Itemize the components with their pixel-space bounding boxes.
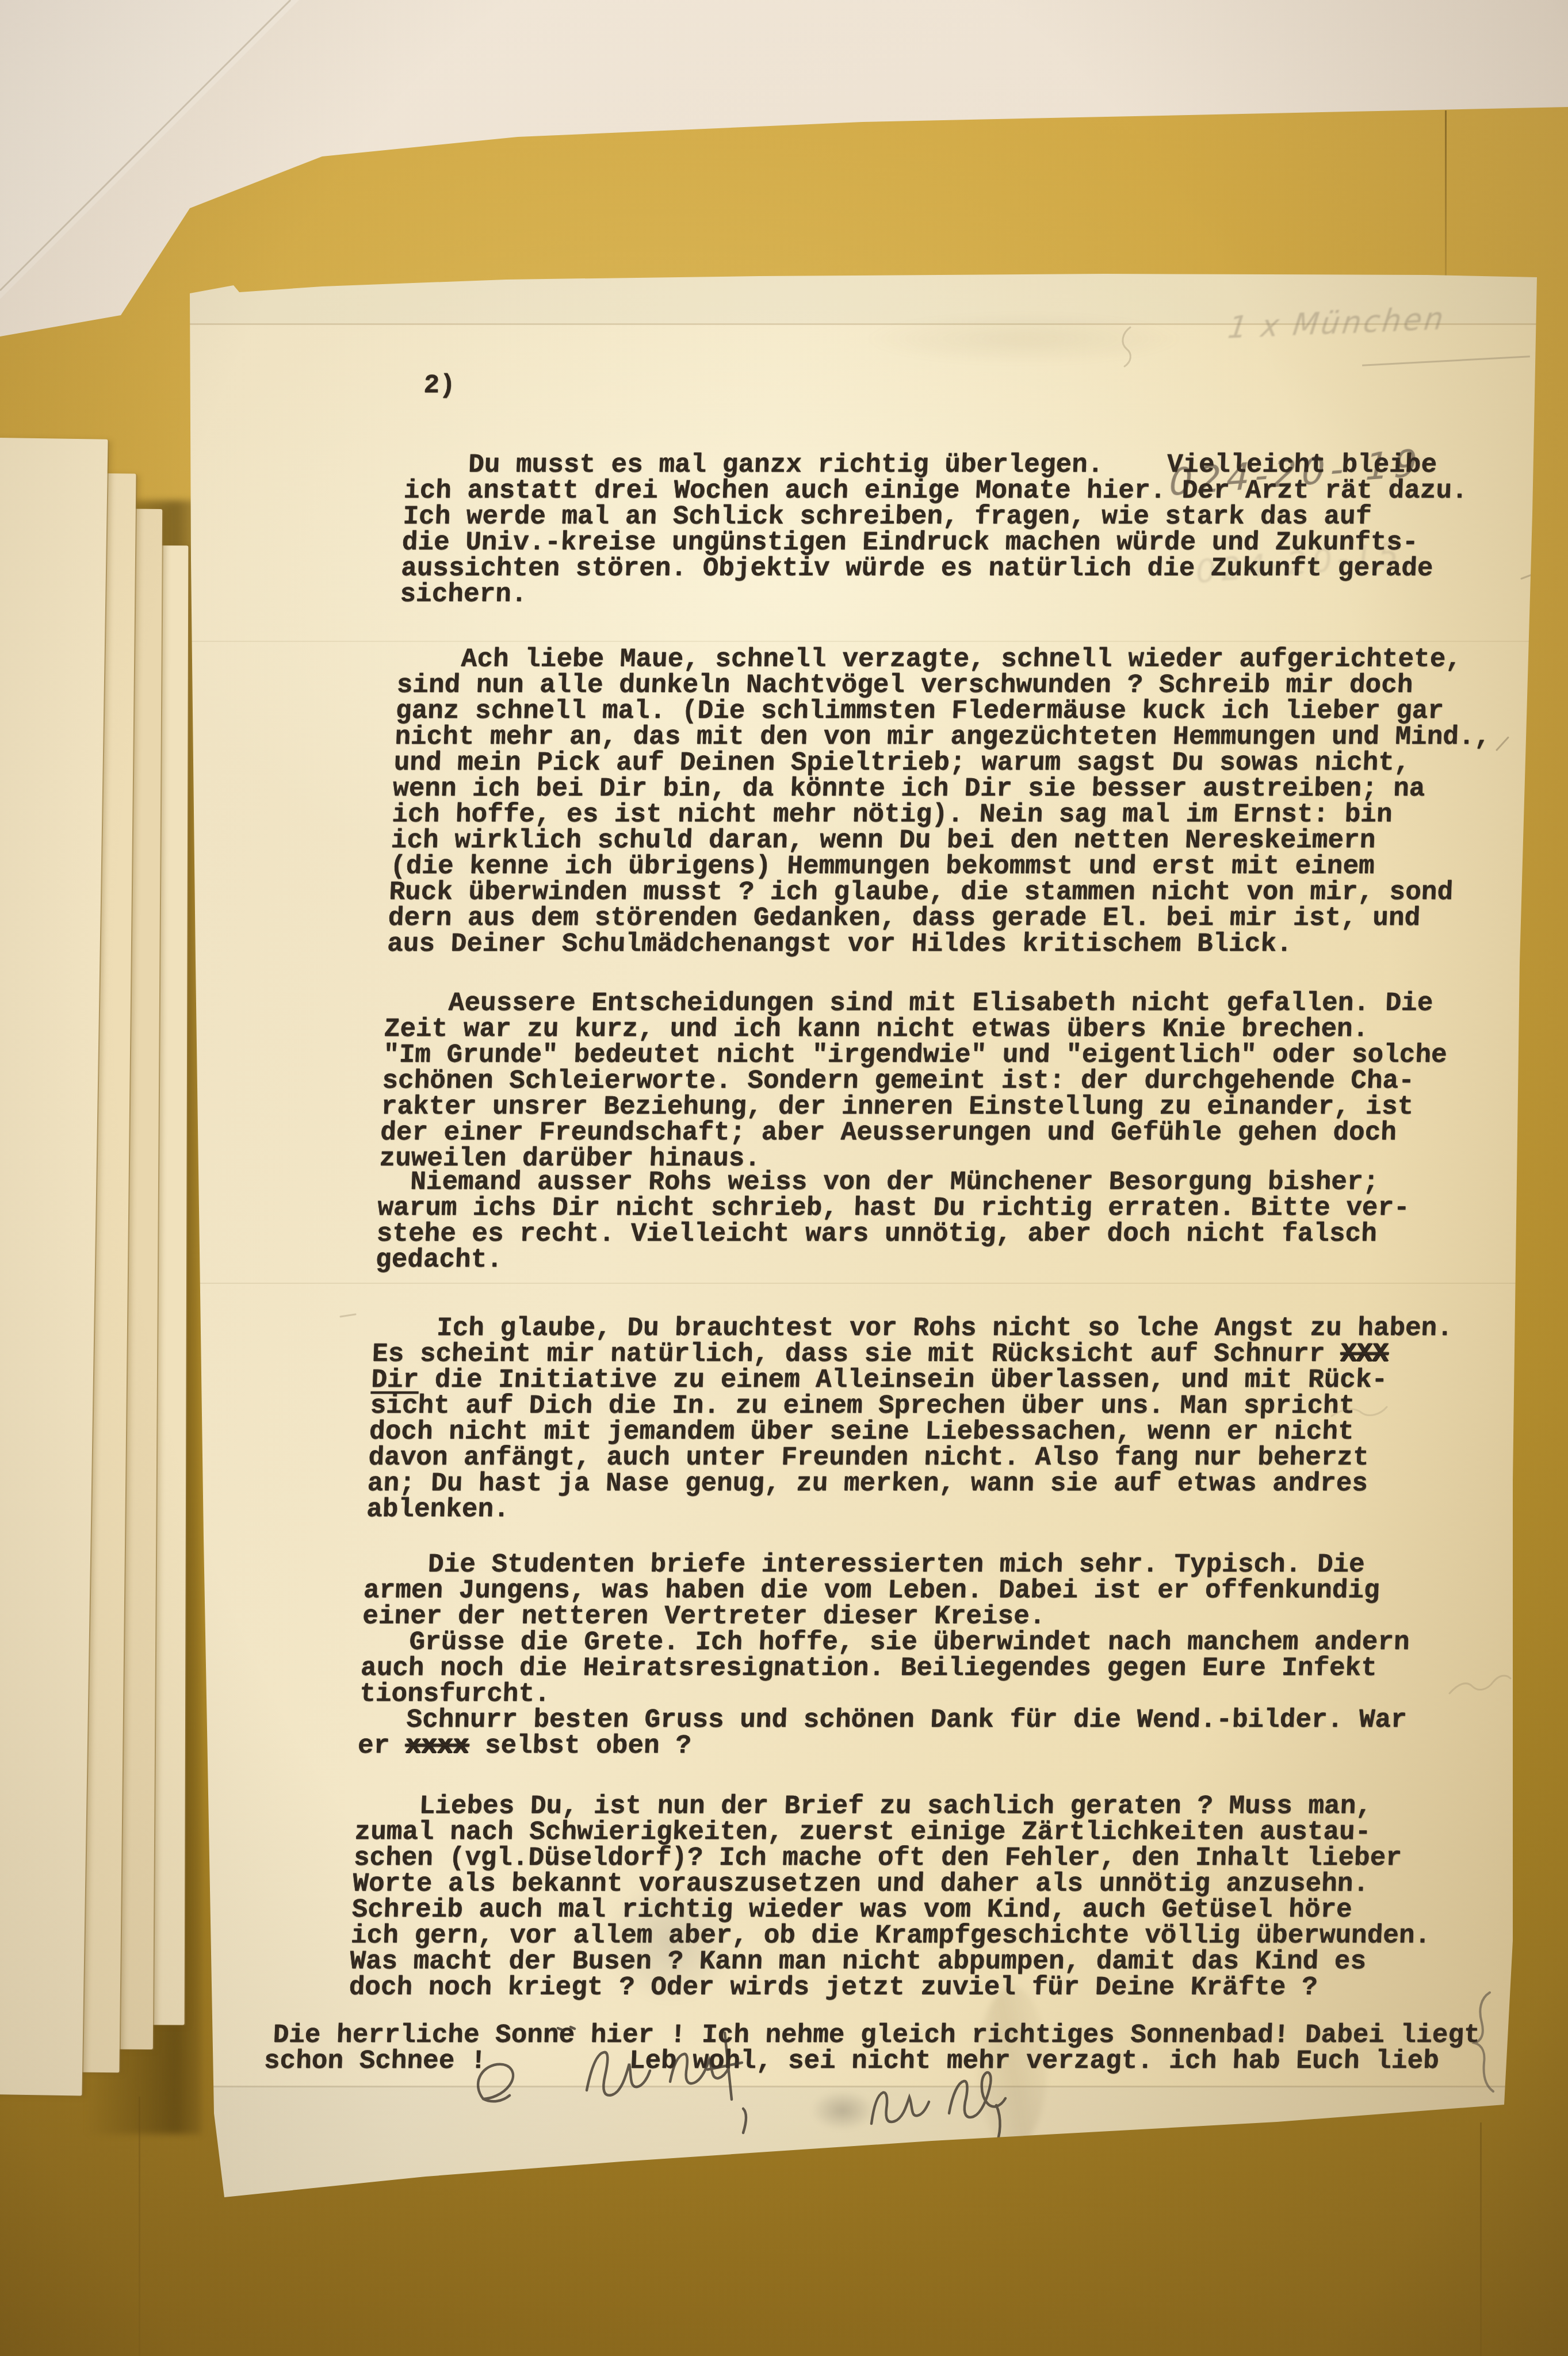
typed-line: ich anstatt drei Wochen auch einige Mona… [403,478,1468,504]
pencil-initial [1123,327,1131,366]
pencil-note-underline [1362,355,1530,366]
typed-line: gedacht. [375,1247,1408,1273]
typed-line: schon Schnee ! Leb wohl, sei nicht mehr … [263,2048,1479,2074]
typed-line: Ich werde mal an Schlick schreiben, frag… [403,504,1467,530]
typed-line: Liebes Du, ist nun der Brief zu sachlich… [355,1793,1436,1819]
folder-fold-crease [1445,110,1447,281]
typed-line: aussichten stören. Objektiv würde es nat… [400,556,1465,582]
typed-line: an; Du hast ja Nase genug, zu merken, wa… [367,1471,1448,1497]
typed-paragraph: Grüsse die Grete. Ich hoffe, sie überwin… [357,1630,1410,1759]
typed-paragraph: Niemand ausser Rohs weiss von der Münche… [375,1169,1411,1273]
typed-paragraph: Die herrliche Sonne hier ! Ich nehme gle… [346,2022,1480,2074]
typed-line: Die herrliche Sonne hier ! Ich nehme gle… [273,2022,1481,2048]
overstruck-text: xxxx [405,1731,469,1761]
typed-line: Was macht der Busen ? Kann man nicht abp… [349,1949,1430,1975]
typed-line: Worte als bekannt vorauszusetzen und dah… [352,1871,1433,1897]
typed-line: er xxxx selbst oben ? [357,1733,1406,1759]
typed-line: Es scheint mir natürlich, dass sie mit R… [372,1341,1452,1367]
typed-line: aus Deiner Schulmädchenangst vor Hildes … [387,931,1483,957]
typed-line: ganz schnell mal. (Die schlimmsten Flede… [395,698,1491,724]
typed-line: doch nicht mit jemandem über seine Liebe… [369,1419,1450,1445]
typed-line: ich gern, vor allem aber, ob die Krampfg… [350,1923,1431,1949]
typed-line: einer der netteren Vertreter dieser Krei… [362,1604,1379,1630]
typed-paragraph: Du musst es mal ganzx richtig überlegen.… [400,452,1469,607]
margin-pencil-ghost [1521,575,1531,579]
typed-paragraph: Die Studenten briefe interessierten mich… [362,1552,1381,1630]
typed-line: Ach liebe Maue, schnell verzagte, schnel… [397,647,1493,672]
typed-line: Aeussere Entscheidungen sind mit Elisabe… [385,990,1450,1016]
typed-line: und mein Pick auf Deinen Spieltrieb; war… [393,750,1490,776]
typed-line: sind nun alle dunkeln Nachtvögel verschw… [396,672,1493,698]
margin-pencil-ghost [1497,737,1508,750]
typed-line: Zeit war zu kurz, und ich kann nicht etw… [384,1016,1448,1042]
typed-line: sicht auf Dich die In. zu einem Sprechen… [370,1393,1451,1419]
typed-line: 2) [407,373,456,399]
typed-line: Dir die Initiative zu einem Alleinsein ü… [371,1367,1452,1393]
folder-fold-crease [1480,2122,1482,2356]
typed-paragraph: Ich glaube, Du brauchtest vor Rohs nicht… [366,1315,1453,1523]
typed-line: Ich glaube, Du brauchtest vor Rohs nicht… [373,1315,1454,1341]
fold-crease [184,1283,1542,1284]
letter-page: 1 x München 024-20- 19 024-20-15 2) Du m… [184,273,1542,2205]
typed-line: Grüsse die Grete. Ich hoffe, sie überwin… [361,1630,1410,1655]
typed-line: schönen Schleierworte. Sondern gemeint i… [382,1068,1447,1094]
typed-line: Schnurr besten Gruss und schönen Dank fü… [358,1707,1408,1733]
typed-line: (die kenne ich übrigens) Hemmungen bekom… [389,854,1486,879]
typed-line: ich wirklich schuld daran, wenn Du bei d… [391,828,1487,854]
folder-fold-crease [139,2097,140,2356]
archival-photo: 1 x München 024-20- 19 024-20-15 2) Du m… [0,0,1568,2356]
typed-line: Du musst es mal ganzx richtig überlegen.… [404,452,1469,478]
typed-paragraph: Liebes Du, ist nun der Brief zu sachlich… [349,1793,1436,2001]
typed-line: Die Studenten briefe interessierten mich… [364,1552,1381,1578]
typed-line: ich hoffe, es ist nicht mehr nötig). Nei… [392,802,1488,828]
typed-line: stehe es recht. Vielleicht wars unnötig,… [376,1221,1409,1247]
typed-line: wenn ich bei Dir bin, da könnte ich Dir … [392,776,1489,802]
typed-paragraph: Aeussere Entscheidungen sind mit Elisabe… [379,990,1450,1172]
typed-paragraph: Ach liebe Maue, schnell verzagte, schnel… [387,647,1494,957]
typed-line: warum ichs Dir nicht schrieb, hast Du ri… [377,1195,1410,1221]
typed-line: tionsfurcht. [359,1681,1408,1707]
typed-line: ablenken. [366,1497,1447,1523]
fold-crease [184,641,1542,642]
typed-line: doch noch kriegt ? Oder wirds jetzt zuvi… [349,1975,1429,2001]
typed-line: sichern. [400,582,1464,607]
margin-pencil-ghost [1450,1676,1510,1693]
typed-line: rakter unsrer Beziehung, der inneren Ein… [381,1094,1445,1120]
typed-line: "Im Grunde" bedeutet nicht "irgendwie" u… [383,1042,1447,1068]
typed-line: die Univ.-kreise ungünstigen Eindruck ma… [401,530,1466,556]
typed-line: Schreib auch mal richtig wieder was vom … [351,1897,1432,1923]
typed-line: Niemand ausser Rohs weiss von der Münche… [378,1169,1411,1195]
typed-line: dern aus dem störenden Gedanken, dass ge… [388,905,1484,931]
typed-line: der einer Freundschaft; aber Aeusserunge… [380,1120,1444,1146]
typed-line: auch noch die Heiratsresignation. Beilie… [360,1655,1409,1681]
typed-line: Ruck überwinden musst ? ich glaube, die … [389,879,1485,905]
typed-line: nicht mehr an, das mit den von mir angez… [395,724,1491,750]
typed-paragraph: 2) [407,373,456,399]
typed-line: schen (vgl.Düseldorf)? Ich mache oft den… [353,1845,1434,1871]
typed-line: armen Jungens, was haben die vom Leben. … [363,1578,1380,1604]
margin-pencil-ghost [341,1314,355,1317]
typed-line: zumal nach Schwierigkeiten, zuerst einig… [354,1819,1435,1845]
typed-line: davon anfängt, auch unter Freunden nicht… [368,1445,1449,1471]
